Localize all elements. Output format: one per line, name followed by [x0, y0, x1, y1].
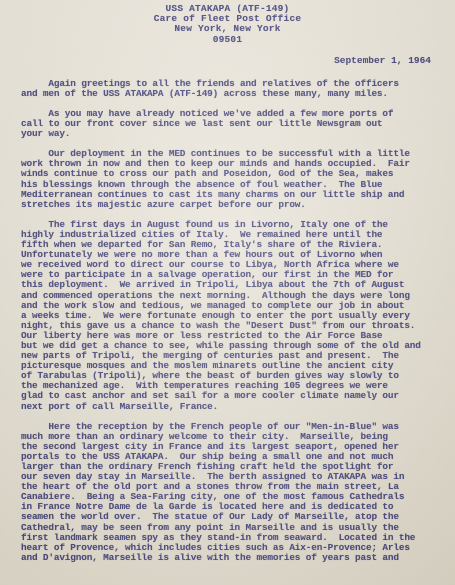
- paragraph-august-livorno-tripoli: The first days in August found us in Liv…: [21, 220, 447, 412]
- letter-page: USS ATAKAPA (ATF-149) Care of Fleet Post…: [0, 0, 455, 585]
- date-line: September 1, 1964: [0, 56, 455, 66]
- letter-body: Again greetings to all the friends and r…: [0, 79, 455, 563]
- paragraph-ports-of-call: As you may have already noticed we've ad…: [21, 109, 447, 139]
- letterhead: USS ATAKAPA (ATF-149) Care of Fleet Post…: [0, 0, 455, 45]
- paragraph-med-deployment: Our deployment in the MED continues to b…: [21, 149, 447, 210]
- letterhead-zip: 09501: [0, 35, 455, 45]
- paragraph-greeting: Again greetings to all the friends and r…: [21, 79, 447, 99]
- paragraph-marseille: Here the reception by the French people …: [21, 422, 447, 563]
